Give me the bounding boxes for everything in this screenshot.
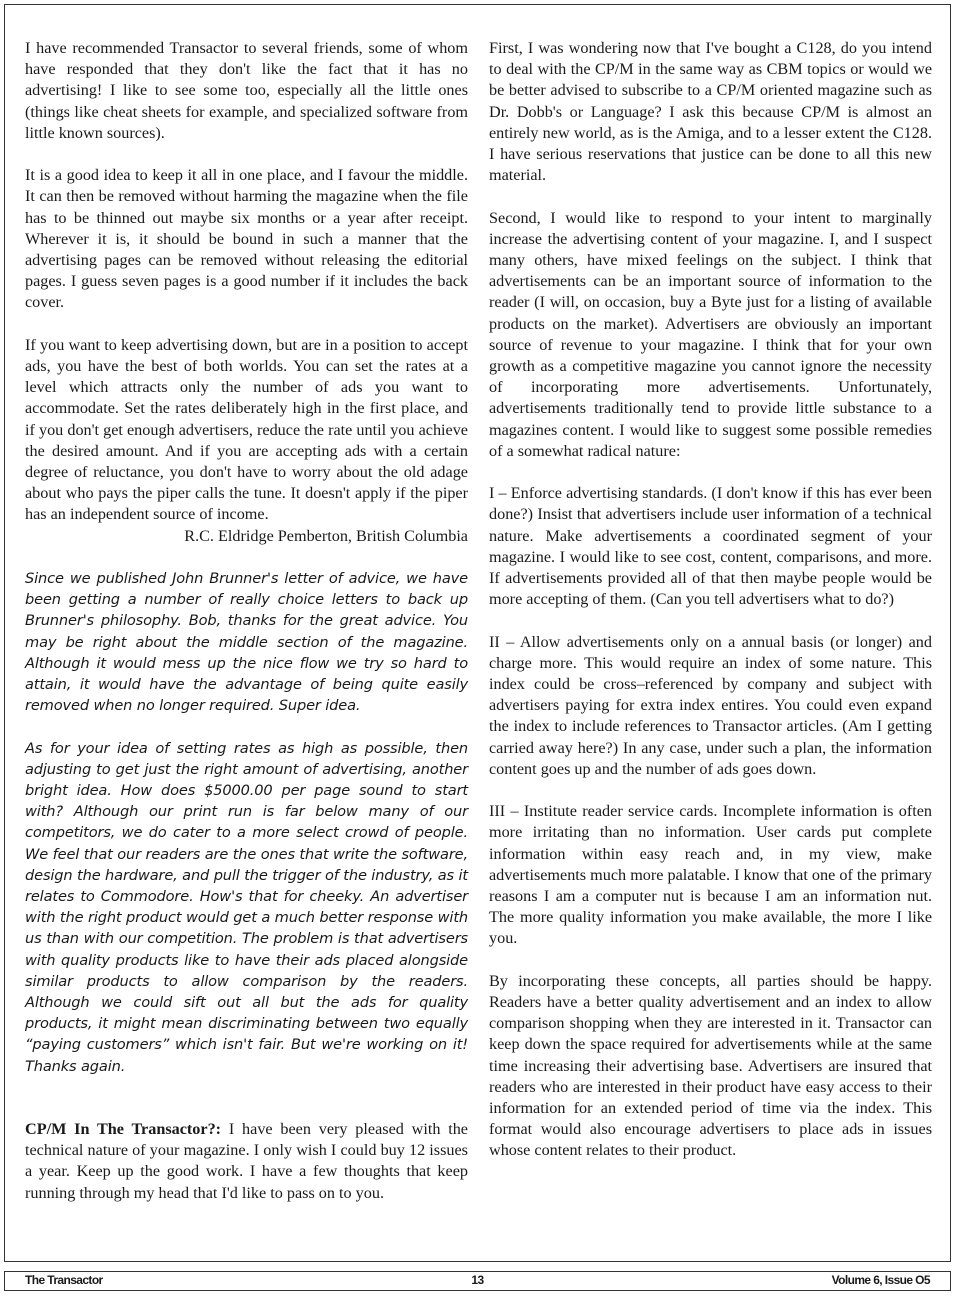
letter2-heading: CP/M In The Transactor?:: [25, 1120, 221, 1138]
footer-page-number: 13: [5, 1272, 950, 1289]
editor-reply-1: Since we published John Brunner's letter…: [25, 568, 468, 716]
right-column: First, I was wondering now that I've bou…: [489, 38, 932, 1183]
letter2-paragraph-second: Second, I would like to respond to your …: [489, 208, 932, 462]
letter2-point-2: II – Allow advertisements only on a annu…: [489, 632, 932, 780]
letter1-paragraph-2: It is a good idea to keep it all in one …: [25, 165, 468, 313]
letter2-point-1: I – Enforce advertising standards. (I do…: [489, 483, 932, 610]
footer-issue: Volume 6, Issue O5: [832, 1272, 930, 1289]
letter1-paragraph-3-text: If you want to keep advertising down, bu…: [25, 336, 468, 524]
editor-reply-2: As for your idea of setting rates as hig…: [25, 738, 468, 1077]
page-footer: The Transactor 13 Volume 6, Issue O5: [4, 1271, 951, 1291]
letter2-point-3: III – Institute reader service cards. In…: [489, 801, 932, 949]
letter2-intro: CP/M In The Transactor?: I have been ver…: [25, 1119, 468, 1204]
letter2-conclusion: By incorporating these concepts, all par…: [489, 971, 932, 1162]
letter1-paragraph-1: I have recommended Transactor to several…: [25, 38, 468, 144]
letter2-paragraph-first: First, I was wondering now that I've bou…: [489, 38, 932, 186]
letter1-signature: R.C. Eldridge Pemberton, British Columbi…: [25, 526, 468, 547]
left-column: I have recommended Transactor to several…: [25, 38, 468, 1225]
letter1-paragraph-3: If you want to keep advertising down, bu…: [25, 335, 468, 547]
